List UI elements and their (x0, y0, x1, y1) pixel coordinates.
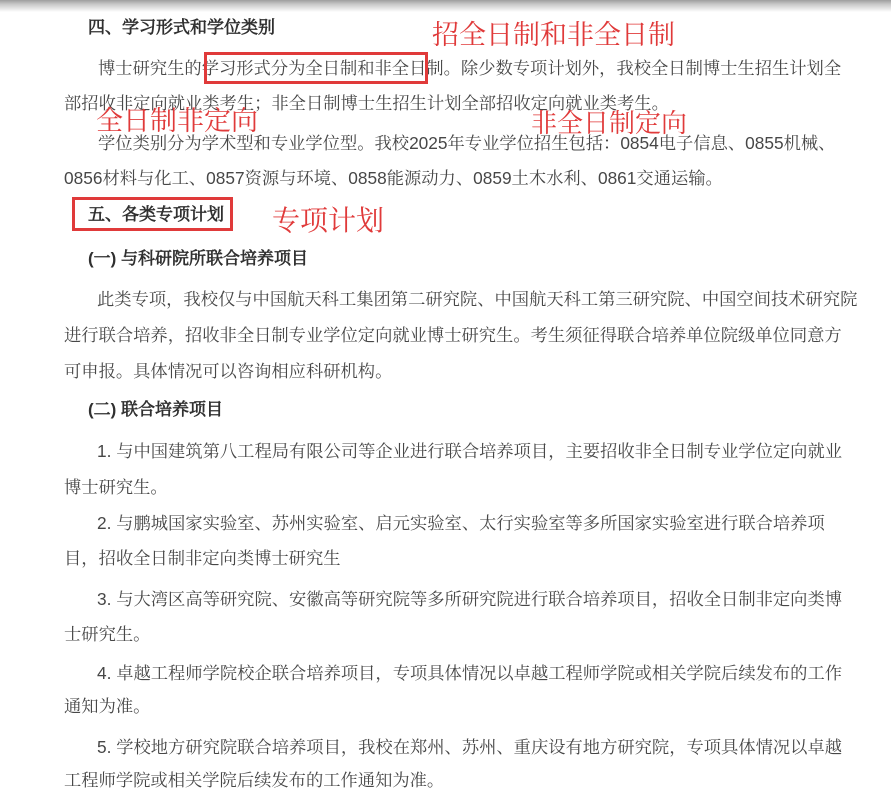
section4-heading: 四、学习形式和学位类别 (88, 18, 275, 38)
item4-line1: 4. 卓越工程师学院校企联合培养项目，专项具体情况以卓越工程师学院或相关学院后续… (97, 664, 842, 684)
section5-sub2-heading: (二) 联合培养项目 (88, 400, 223, 420)
sub1-line1: 此类专项，我校仅与中国航天科工集团第二研究院、中国航天科工第三研究院、中国空间技… (97, 290, 857, 310)
item4-line2: 通知为准。 (64, 697, 150, 717)
annotation-special-plan: 专项计划 (272, 206, 384, 235)
sub1-line2: 进行联合培养，招收非全日制专业学位定向就业博士研究生。考生须征得联合培养单位院级… (64, 326, 842, 346)
sub1-line3: 可申报。具体情况可以咨询相应科研机构。 (64, 362, 392, 382)
item1-line1: 1. 与中国建筑第八工程局有限公司等企业进行联合培养项目，主要招收非全日制专业学… (97, 442, 842, 462)
item2-line1: 2. 与鹏城国家实验室、苏州实验室、启元实验室、太行实验室等多所国家实验室进行联… (97, 514, 825, 534)
section4-para2-line2: 0856材料与化工、0857资源与环境、0858能源动力、0859土木水利、08… (64, 169, 723, 189)
item5-line1: 5. 学校地方研究院联合培养项目，我校在郑州、苏州、重庆设有地方研究院，专项具体… (97, 738, 842, 758)
item3-line1: 3. 与大湾区高等研究院、安徽高等研究院等多所研究院进行联合培养项目，招收全日制… (97, 590, 842, 610)
item3-line2: 士研究生。 (64, 625, 150, 645)
red-box-study-form (204, 52, 428, 84)
item2-line2: 目，招收全日制非定向类博士研究生 (64, 549, 341, 569)
section5-sub1-heading: (一) 与科研院所联合培养项目 (88, 249, 308, 269)
annotation-fulltime-nondirected: 全日制非定向 (96, 107, 258, 135)
top-edge-shadow (0, 0, 891, 12)
item1-line2: 博士研究生。 (64, 478, 168, 498)
section4-para2-line1: 学位类别分为学术型和专业学位型。我校2025年专业学位招生包括：0854电子信息… (98, 134, 835, 154)
annotation-full-and-part-time: 招全日制和非全日制 (432, 21, 675, 49)
section5-heading: 五、各类专项计划 (88, 205, 224, 225)
document-page: 四、学习形式和学位类别 招全日制和非全日制 博士研究生的学习形式分为全日制和非全… (0, 0, 891, 800)
item5-line2: 工程师学院或相关学院后续发布的工作通知为准。 (64, 771, 444, 791)
